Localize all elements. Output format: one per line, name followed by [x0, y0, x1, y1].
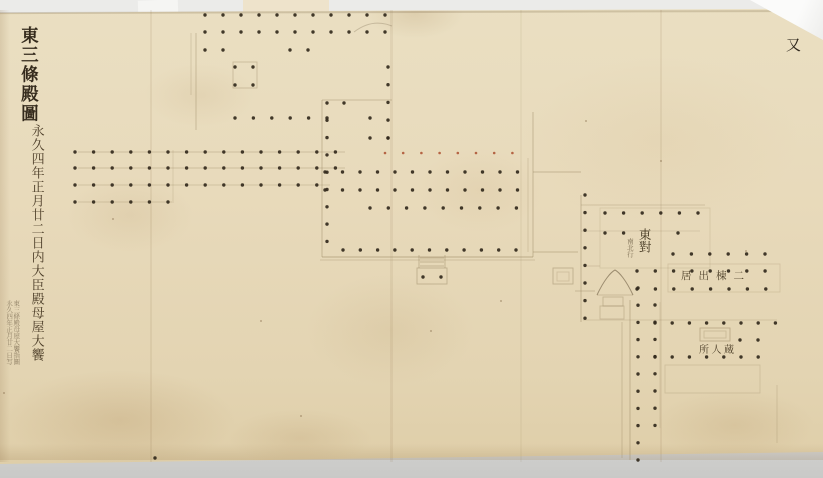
foxing-speck	[430, 330, 432, 332]
scroll-title-calligraphy: 東三條殿圖	[19, 26, 37, 124]
east-pavilion-label: 東對	[638, 228, 651, 253]
foxing-speck	[300, 415, 302, 417]
foxing-speck	[660, 160, 662, 162]
chamberlain-office-label: 所人蔵	[699, 341, 737, 356]
foxing-speck	[745, 250, 747, 252]
two-ridge-hall-label: 居出棟二	[681, 268, 751, 283]
east-pavilion-note-label: 南北行	[626, 238, 633, 258]
fold-crease	[660, 10, 662, 462]
paper-bottom-shading	[0, 444, 823, 460]
marginal-annotation-col1: 東三條殿母屋大饗指圖	[12, 300, 19, 410]
foxing-speck	[585, 120, 587, 122]
corner-mark-character: 又	[786, 34, 801, 55]
marginal-annotation-col2: 永久四年正月廿二日写	[5, 300, 12, 410]
foxing-speck	[112, 218, 114, 220]
fold-crease	[520, 10, 522, 462]
marginal-annotation: 東三條殿母屋大饗指圖 永久四年正月廿二日写	[5, 300, 19, 410]
foxing-speck	[260, 320, 262, 322]
scroll-paper	[0, 0, 823, 478]
fold-crease	[390, 10, 393, 462]
fold-crease	[150, 10, 152, 462]
date-inscription: 永久四年正月廿二日内大臣殿母屋大饗	[29, 124, 43, 362]
foxing-speck	[500, 300, 502, 302]
photographed-scroll-scene: { "scene": { "backdrop_top_color": "#ebe…	[0, 0, 823, 478]
